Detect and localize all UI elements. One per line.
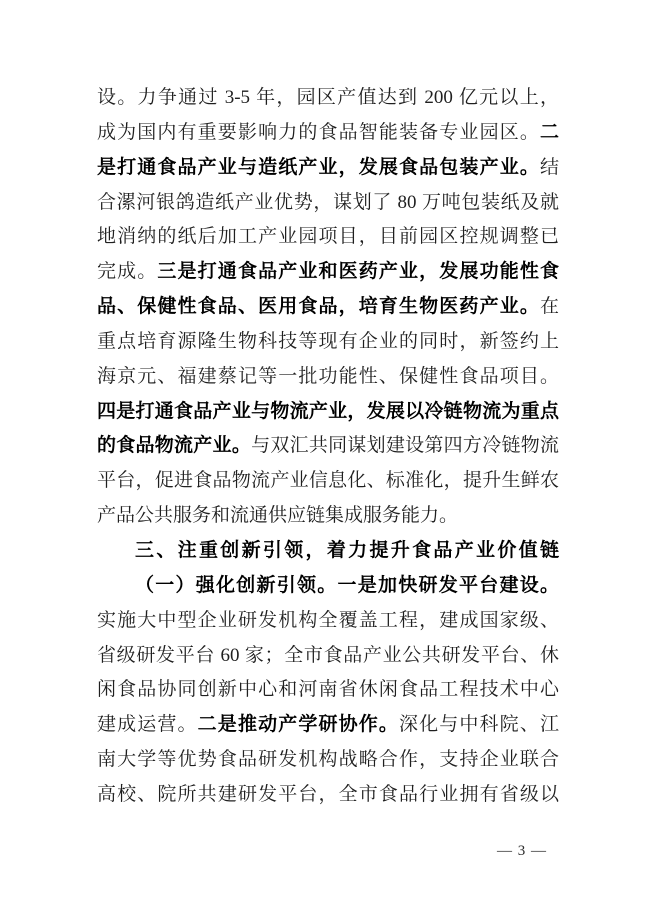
text-line: 海京元、福建蔡记等一批功能性、保健性食品项目。 bbox=[97, 360, 559, 395]
text-run: 结 bbox=[540, 157, 559, 178]
text-run: 实施大中型企业研发机构全覆盖工程，建成国家级、 bbox=[97, 610, 559, 631]
text-run: 省级研发平台 60 家；全市食品产业公共研发平台、休 bbox=[97, 645, 559, 666]
text-run: 在 bbox=[540, 296, 559, 317]
text-line: 重点培育源隆生物科技等现有企业的同时，新签约上 bbox=[97, 325, 559, 360]
text-line: 省级研发平台 60 家；全市食品产业公共研发平台、休 bbox=[97, 639, 559, 674]
text-run: 闲食品协同创新中心和河南省休闲食品工程技术中心 bbox=[97, 679, 559, 700]
text-line: 完成。三是打通食品产业和医药产业，发展功能性食 bbox=[97, 255, 559, 290]
text-run: 高校、院所共建研发平台，全市食品行业拥有省级以 bbox=[97, 784, 559, 805]
text-line: 成为国内有重要影响力的食品智能装备专业园区。二 bbox=[97, 116, 559, 151]
text-line: 平台，促进食品物流产业信息化、标准化，提升生鲜农 bbox=[97, 464, 559, 499]
text-line: 高校、院所共建研发平台，全市食品行业拥有省级以 bbox=[97, 778, 559, 813]
text-run: 南大学等优势食品研发机构战略合作，支持企业联合 bbox=[97, 749, 559, 770]
bold-text-run: 的食品物流产业。 bbox=[97, 435, 251, 456]
text-run: 设。力争通过 3-5 年，园区产值达到 200 亿元以上， bbox=[97, 87, 559, 108]
text-line: 地消纳的纸后加工产业园项目，目前园区控规调整已 bbox=[97, 220, 559, 255]
text-run: 成为国内有重要影响力的食品智能装备专业园区。 bbox=[97, 122, 540, 143]
text-run: 与双汇共同谋划建设第四方冷链物流 bbox=[251, 435, 559, 456]
document-page: 设。力争通过 3-5 年，园区产值达到 200 亿元以上，成为国内有重要影响力的… bbox=[0, 0, 650, 919]
text-run: 完成。 bbox=[97, 261, 157, 282]
text-run: 合漯河银鸽造纸产业优势，谋划了 80 万吨包装纸及就 bbox=[97, 192, 559, 213]
text-line: 建成运营。二是推动产学研协作。深化与中科院、江 bbox=[97, 708, 559, 743]
text-line: 四是打通食品产业与物流产业，发展以冷链物流为重点 bbox=[97, 395, 559, 430]
text-run: 平台，促进食品物流产业信息化、标准化，提升生鲜农 bbox=[97, 470, 559, 491]
document-body: 设。力争通过 3-5 年，园区产值达到 200 亿元以上，成为国内有重要影响力的… bbox=[97, 81, 559, 813]
bold-text-run: 四是打通食品产业与物流产业，发展以冷链物流为重点 bbox=[97, 401, 559, 422]
page-number: — 3 — bbox=[497, 843, 547, 860]
text-line: 闲食品协同创新中心和河南省休闲食品工程技术中心 bbox=[97, 673, 559, 708]
text-run: 建成运营。 bbox=[97, 714, 198, 735]
text-run: 地消纳的纸后加工产业园项目，目前园区控规调整已 bbox=[97, 226, 559, 247]
bold-text-run: 品、保健性食品、医用食品，培育生物医药产业。 bbox=[97, 296, 540, 317]
bold-text-run: 二是推动产学研协作。 bbox=[198, 714, 399, 735]
text-line: 的食品物流产业。与双汇共同谋划建设第四方冷链物流 bbox=[97, 429, 559, 464]
text-line: 合漯河银鸽造纸产业优势，谋划了 80 万吨包装纸及就 bbox=[97, 186, 559, 221]
section-heading: 三、注重创新引领，着力提升食品产业价值链 bbox=[97, 534, 559, 569]
text-line: 南大学等优势食品研发机构战略合作，支持企业联合 bbox=[97, 743, 559, 778]
bold-text-run: 三是打通食品产业和医药产业，发展功能性食 bbox=[157, 261, 559, 282]
text-line: （一）强化创新引领。一是加快研发平台建设。 bbox=[97, 569, 559, 604]
text-line: 品、保健性食品、医用食品，培育生物医药产业。在 bbox=[97, 290, 559, 325]
bold-text-run: （一）强化创新引领。一是加快研发平台建设。 bbox=[135, 575, 559, 596]
text-run: 重点培育源隆生物科技等现有企业的同时，新签约上 bbox=[97, 331, 559, 352]
text-run: 产品公共服务和流通供应链集成服务能力。 bbox=[97, 505, 458, 526]
text-run: 深化与中科院、江 bbox=[399, 714, 559, 735]
text-line: 实施大中型企业研发机构全覆盖工程，建成国家级、 bbox=[97, 604, 559, 639]
bold-text-run: 是打通食品产业与造纸产业，发展食品包装产业。 bbox=[97, 157, 540, 178]
bold-text-run: 二 bbox=[540, 122, 559, 143]
text-line: 产品公共服务和流通供应链集成服务能力。 bbox=[97, 499, 559, 534]
text-run: 海京元、福建蔡记等一批功能性、保健性食品项目。 bbox=[97, 366, 559, 387]
text-line: 是打通食品产业与造纸产业，发展食品包装产业。结 bbox=[97, 151, 559, 186]
heading-text-run: 三、注重创新引领，着力提升食品产业价值链 bbox=[135, 540, 559, 561]
text-line: 设。力争通过 3-5 年，园区产值达到 200 亿元以上， bbox=[97, 81, 559, 116]
